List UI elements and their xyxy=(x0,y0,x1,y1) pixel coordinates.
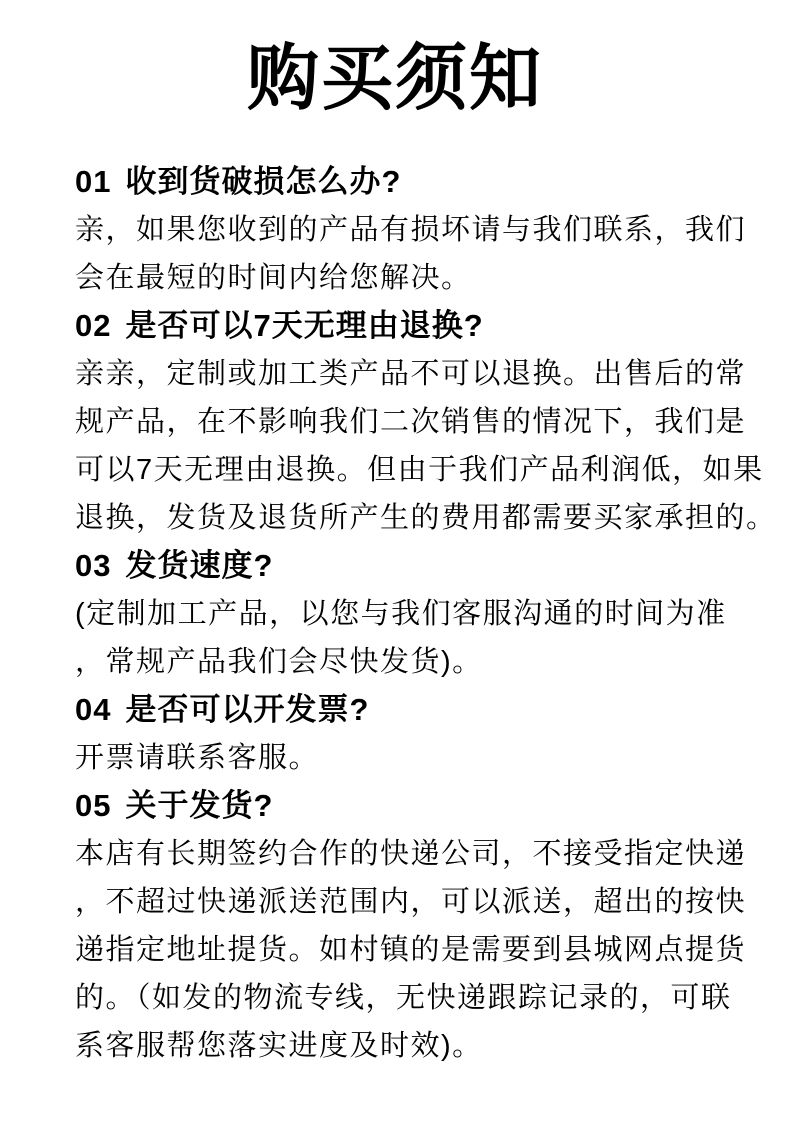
section-title: 收到货破损怎么办? xyxy=(125,164,401,199)
notice-content: 01收到货破损怎么办? 亲，如果您收到的产品有损坏请与我们联系，我们 会在最短的… xyxy=(0,158,790,1070)
section-number: 04 xyxy=(75,686,111,734)
section-heading: 02是否可以7天无理由退换? xyxy=(75,302,750,350)
body-line: 开票请联系客服。 xyxy=(75,734,750,782)
body-line: ，常规产品我们会尽快发货)。 xyxy=(75,638,750,686)
body-line: 可以7天无理由退换。但由于我们产品利润低，如果 xyxy=(75,446,750,494)
body-line: 亲，如果您收到的产品有损坏请与我们联系，我们 xyxy=(75,206,750,254)
section-delivery-info: 05关于发货? 本店有长期签约合作的快递公司，不接受指定快递 ，不超过快递派送范… xyxy=(75,782,750,1070)
section-title: 发货速度? xyxy=(125,548,273,583)
section-heading: 05关于发货? xyxy=(75,782,750,830)
section-number: 03 xyxy=(75,542,111,590)
body-line: 亲亲，定制或加工类产品不可以退换。出售后的常 xyxy=(75,350,750,398)
section-heading: 03发货速度? xyxy=(75,542,750,590)
body-line: 本店有长期签约合作的快递公司，不接受指定快递 xyxy=(75,830,750,878)
body-line: ，不超过快递派送范围内，可以派送，超出的按快 xyxy=(75,878,750,926)
section-invoice: 04是否可以开发票? 开票请联系客服。 xyxy=(75,686,750,782)
section-number: 02 xyxy=(75,302,111,350)
body-line: 退换，发货及退货所产生的费用都需要买家承担的。 xyxy=(75,494,750,542)
section-title: 关于发货? xyxy=(125,788,273,823)
section-heading: 04是否可以开发票? xyxy=(75,686,750,734)
section-number: 01 xyxy=(75,158,111,206)
section-title: 是否可以7天无理由退换? xyxy=(125,308,483,343)
body-line: 的。（如发的物流专线，无快递跟踪记录的，可联 xyxy=(75,974,750,1022)
purchase-notice-page: 购买须知 01收到货破损怎么办? 亲，如果您收到的产品有损坏请与我们联系，我们 … xyxy=(0,0,790,1134)
section-return-policy: 02是否可以7天无理由退换? 亲亲，定制或加工类产品不可以退换。出售后的常 规产… xyxy=(75,302,750,542)
section-shipping-speed: 03发货速度? (定制加工产品，以您与我们客服沟通的时间为准 ，常规产品我们会尽… xyxy=(75,542,750,686)
section-damage-policy: 01收到货破损怎么办? 亲，如果您收到的产品有损坏请与我们联系，我们 会在最短的… xyxy=(75,158,750,302)
body-line: (定制加工产品，以您与我们客服沟通的时间为准 xyxy=(75,590,750,638)
section-heading: 01收到货破损怎么办? xyxy=(75,158,750,206)
body-line: 会在最短的时间内给您解决。 xyxy=(75,254,750,302)
body-line: 系客服帮您落实进度及时效)。 xyxy=(75,1022,750,1070)
page-title: 购买须知 xyxy=(0,0,790,120)
body-line: 递指定地址提货。如村镇的是需要到县城网点提货 xyxy=(75,926,750,974)
section-title: 是否可以开发票? xyxy=(125,692,369,727)
section-number: 05 xyxy=(75,782,111,830)
body-line: 规产品，在不影响我们二次销售的情况下，我们是 xyxy=(75,398,750,446)
